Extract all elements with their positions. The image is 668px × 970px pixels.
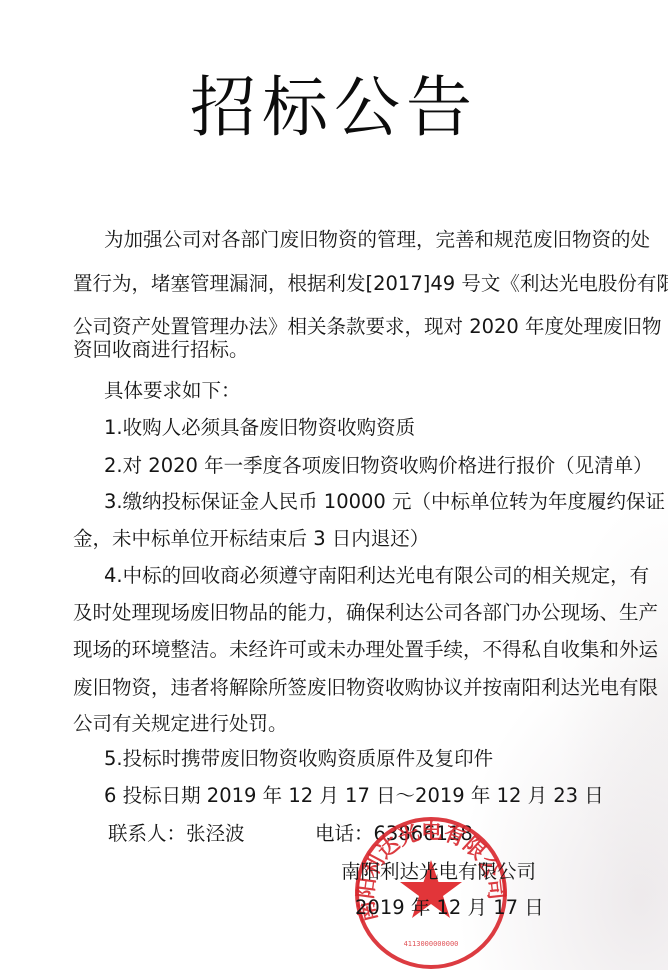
requirement-1: 1.收购人必须具备废旧物资收购资质 — [104, 416, 415, 440]
requirement-2: 2.对 2020 年一季度各项废旧物资收购价格进行报价（见清单） — [104, 454, 653, 478]
signature-company: 南阳利达光电有限公司 — [341, 860, 536, 884]
requirement-6: 6 投标日期 2019 年 12 月 17 日～2019 年 12 月 23 日 — [104, 784, 604, 808]
intro-line-4: 资回收商进行招标。 — [73, 338, 249, 362]
intro-line-3: 公司资产处置管理办法》相关条款要求，现对 2020 年度处理废旧物 — [73, 315, 662, 339]
requirement-3-line-1: 3.缴纳投标保证金人民币 10000 元（中标单位转为年度履约保证 — [104, 490, 665, 514]
company-seal: 南阳利达光电有限公司 4113000000000 — [350, 812, 512, 970]
requirement-3-line-2: 金，未中标单位开标结束后 3 日内退还） — [73, 527, 429, 551]
intro-line-1: 为加强公司对各部门废旧物资的管理，完善和规范废旧物资的处 — [104, 228, 650, 252]
document-page: 招标公告 为加强公司对各部门废旧物资的管理，完善和规范废旧物资的处 置行为，堵塞… — [0, 0, 668, 970]
requirements-heading: 具体要求如下： — [104, 379, 241, 403]
page-title: 招标公告 — [0, 68, 668, 148]
signature-date: 2019 年 12 月 17 日 — [355, 896, 544, 920]
requirement-4-line-3: 现场的环境整洁。未经许可或未办理处置手续，不得私自收集和外运 — [73, 638, 658, 662]
contact-person: 联系人：张泾波 — [108, 822, 245, 846]
requirement-4-line-1: 4.中标的回收商必须遵守南阳利达光电有限公司的相关规定，有 — [104, 564, 649, 588]
requirement-5: 5.投标时携带废旧物资收购资质原件及复印件 — [104, 747, 493, 771]
intro-line-2: 置行为，堵塞管理漏洞，根据利发[2017]49 号文《利达光电股份有限 — [73, 272, 668, 296]
requirement-4-line-4: 废旧物资，违者将解除所签废旧物资收购协议并按南阳利达光电有限 — [73, 676, 658, 700]
requirement-4-line-2: 及时处理现场废旧物品的能力，确保利达公司各部门办公现场、生产 — [73, 601, 658, 625]
requirement-4-line-5: 公司有关规定进行处罚。 — [73, 712, 288, 736]
svg-text:4113000000000: 4113000000000 — [404, 940, 459, 948]
